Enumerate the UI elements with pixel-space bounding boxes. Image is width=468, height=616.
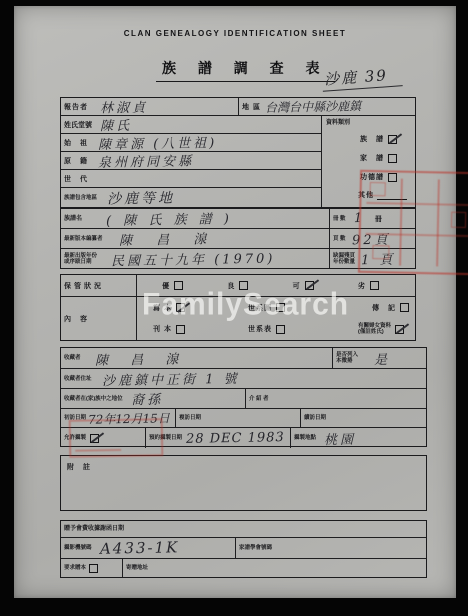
- genealogy-title-value: ( 陳 氏 族 譜 ): [106, 208, 233, 229]
- content-option-women-data-label: 有關婦女資料 (僅註姓氏): [358, 323, 391, 335]
- missing-pages-cell: 缺漏殘頁 年份數量 1 頁: [330, 249, 415, 268]
- introducer-cell: 介 紹 者: [246, 389, 426, 408]
- publication-year-label-line2: 或序跋日期: [64, 259, 97, 265]
- filming-place-value: 桃園: [324, 428, 356, 448]
- content-option-pedigree-table-checkbox: [276, 325, 285, 334]
- reporter-label: 報告者: [64, 102, 88, 112]
- condition-label-cell: 保管狀況: [61, 275, 137, 296]
- condition-row: 保管狀況 優 良 可 劣: [61, 275, 415, 297]
- listed-cell: 是否列入 本微捲 是: [333, 348, 426, 368]
- content-option-pedigree-chart: 世系圖: [248, 303, 358, 313]
- introducer-label: 介 紹 者: [249, 396, 269, 402]
- collector-name-cell: 收藏者 陳 昌 湶: [61, 348, 333, 368]
- reporter-value: 林淑貞: [100, 97, 148, 117]
- receipt-label: 贈予會費收據謝函日期: [64, 526, 124, 532]
- collector-position-row: 收藏者在(家)族中之地位 裔孫 介 紹 者: [61, 389, 426, 409]
- coverage-value: 沙鹿等地: [107, 187, 175, 208]
- generations-row: 世 代: [61, 170, 321, 188]
- origin-row: 原 籍 泉州府同安縣: [61, 152, 321, 170]
- notes-label: 附 註: [67, 462, 91, 472]
- followup-visit-label: 續訪日期: [304, 415, 326, 421]
- filming-place-cell: 攝製地點 桃園: [291, 428, 426, 448]
- volumes-label: 冊 數: [333, 216, 346, 222]
- collector-address-cell: 收藏者住址 沙鹿鎮中正街 1 號: [61, 369, 426, 388]
- visit-dates-row: 初訪日期 72年12月15日 複訪日期 續訪日期: [61, 409, 426, 428]
- receipt-cell: 贈予會費收據謝函日期: [61, 521, 426, 537]
- content-option-manuscript: 寫 本: [153, 303, 248, 313]
- copy-request-label: 要求贈本: [64, 565, 86, 571]
- surname-row: 姓氏堂號 陳氏: [61, 116, 321, 134]
- publication-year-label: 最新出版年份 或序跋日期: [64, 253, 97, 265]
- volumes-unit: 冊: [375, 214, 383, 224]
- volumes-cell: 冊 數 1 冊: [330, 209, 415, 228]
- copy-request-checkbox: [89, 564, 98, 573]
- condition-option-fair-label: 可: [293, 281, 301, 291]
- reporter-row: 報告者 林淑貞 地 區 台灣台中縣沙鹿鎮: [61, 98, 415, 116]
- first-visit-label: 初訪日期: [64, 415, 86, 421]
- content-option-biography-label: 傳 記: [372, 303, 396, 313]
- area-value: 台灣台中縣沙鹿鎮: [265, 97, 361, 116]
- condition-options-cell: 優 良 可 劣: [137, 275, 415, 296]
- area-label: 地 區: [242, 102, 261, 112]
- camera-label: 攝影機號碼: [64, 545, 92, 551]
- collector-label: 收藏者: [64, 355, 81, 361]
- content-option-women-data-label-line2: (僅註姓氏): [358, 329, 391, 335]
- volume-info-table: 族譜名 ( 陳 氏 族 譜 ) 冊 數 1 冊 最新版本編纂者 陳 昌 湶 頁 …: [60, 208, 416, 269]
- origin-value: 泉州府同安縣: [98, 150, 194, 171]
- area-cell: 地 區 台灣台中縣沙鹿鎮: [239, 98, 415, 115]
- camera-value: A433-1K: [99, 538, 179, 557]
- contents-options-grid: 寫 本 世系圖 傳 記 刊 本: [137, 297, 415, 340]
- send-address-label: 寄贈地址: [126, 565, 148, 571]
- collector-address-row: 收藏者住址 沙鹿鎮中正街 1 號: [61, 369, 426, 389]
- content-option-pedigree-table: 世系表: [248, 324, 358, 334]
- content-option-pedigree-chart-label: 世系圖: [248, 303, 272, 313]
- condition-option-excellent-label: 優: [162, 281, 170, 291]
- reporter-cell: 報告者 林淑貞: [61, 98, 239, 115]
- content-option-women-data: 有關婦女資料 (僅註姓氏): [358, 323, 415, 335]
- condition-option-excellent-checkbox: [174, 281, 183, 290]
- contents-row: 內 容 寫 本 世系圖 傳 記 刊: [61, 297, 415, 340]
- compiler-cell: 最新版本編纂者 陳 昌 湶: [61, 229, 330, 248]
- society-number-cell: 家譜學會號碼: [236, 538, 426, 558]
- coverage-cell: 族譜包含地區 沙鹿等地: [61, 188, 178, 207]
- first-visit-value: 72年12月15日: [88, 409, 170, 427]
- camera-cell: 攝影機號碼 A433-1K: [61, 538, 236, 558]
- filming-row: 允許攝製 預約攝製日期 28 DEC 1983 攝製地點 桃園: [61, 428, 426, 448]
- category-option-zupu-label: 族 譜: [360, 134, 384, 144]
- generations-label: 世 代: [64, 174, 88, 184]
- followup-visit-cell: 續訪日期: [301, 409, 426, 427]
- condition-option-poor-label: 劣: [358, 281, 366, 291]
- condition-label: 保管狀況: [64, 281, 104, 291]
- condition-option-good: 良: [227, 281, 248, 291]
- condition-option-poor-checkbox: [370, 281, 379, 290]
- society-number-label: 家譜學會號碼: [239, 545, 272, 551]
- compiler-row: 最新版本編纂者 陳 昌 湶 頁 數 92頁: [61, 229, 415, 249]
- content-option-pedigree-table-label: 世系表: [248, 324, 272, 334]
- listed-label-line2: 本微捲: [336, 358, 358, 364]
- condition-option-good-checkbox: [239, 281, 248, 290]
- filming-date-value: 28 DEC 1983: [186, 430, 285, 447]
- collector-position-label: 收藏者在(家)族中之地位: [64, 396, 123, 402]
- category-option-jiapu: 家 譜: [360, 153, 397, 163]
- second-visit-label: 複訪日期: [179, 415, 201, 421]
- photo-frame: CLAN GENEALOGY IDENTIFICATION SHEET 族 譜 …: [0, 0, 468, 616]
- missing-pages-label: 缺漏殘頁 年份數量: [333, 253, 355, 265]
- condition-table: 保管狀況 優 良 可 劣: [60, 274, 416, 341]
- surname-value: 陳氏: [100, 115, 132, 135]
- compiler-value: 陳 昌 湶: [118, 228, 216, 249]
- condition-option-fair: 可: [293, 281, 314, 291]
- content-option-biography: 傳 記: [358, 303, 415, 313]
- first-visit-cell: 初訪日期 72年12月15日: [61, 409, 176, 427]
- category-option-zupu: 族 譜: [360, 134, 397, 144]
- condition-option-fair-checkbox: [305, 281, 314, 290]
- missing-pages-label-line2: 年份數量: [333, 259, 355, 265]
- genealogy-title-cell: 族譜名 ( 陳 氏 族 譜 ): [61, 209, 330, 228]
- admin-table: 贈予會費收據謝函日期 攝影機號碼 A433-1K 家譜學會號碼 要求贈本: [60, 520, 427, 578]
- handwritten-corner-reference: 沙鹿 39: [321, 63, 402, 92]
- content-option-biography-checkbox: [400, 303, 409, 312]
- content-option-printed-checkbox: [176, 325, 185, 334]
- category-option-jiapu-label: 家 譜: [360, 153, 384, 163]
- copy-request-row: 要求贈本 寄贈地址: [61, 559, 426, 577]
- publication-year-row: 最新出版年份 或序跋日期 民國五十九年 (1970) 缺漏殘頁 年份數量 1 頁: [61, 249, 415, 268]
- genealogy-title-row: 族譜名 ( 陳 氏 族 譜 ) 冊 數 1 冊: [61, 209, 415, 229]
- content-option-printed: 刊 本: [153, 324, 248, 334]
- coverage-row: 族譜包含地區 沙鹿等地: [61, 188, 321, 207]
- content-option-printed-label: 刊 本: [153, 324, 172, 334]
- collector-value: 陳 昌 湶: [94, 348, 187, 369]
- collector-position-value: 裔孫: [131, 389, 163, 409]
- pages-cell: 頁 數 92頁: [330, 229, 415, 248]
- generations-cell: 世 代: [61, 170, 91, 187]
- category-option-gongdepu-label: 功德譜: [360, 172, 384, 182]
- basic-info-table: 報告者 林淑貞 地 區 台灣台中縣沙鹿鎮 姓氏堂號 陳氏: [60, 97, 416, 208]
- content-option-manuscript-label: 寫 本: [153, 303, 172, 313]
- send-address-cell: 寄贈地址: [123, 559, 426, 577]
- filming-permission-cell: 允許攝製: [61, 428, 146, 448]
- collector-address-value: 沙鹿鎮中正街 1 號: [101, 368, 239, 389]
- collector-address-label: 收藏者住址: [64, 376, 92, 382]
- contents-label: 內 容: [64, 314, 88, 324]
- filming-date-label: 預約攝製日期: [149, 435, 182, 441]
- condition-option-poor: 劣: [358, 281, 379, 291]
- category-header: 資料類別: [326, 120, 350, 126]
- category-option-other: 其他: [358, 190, 407, 200]
- document-paper: CLAN GENEALOGY IDENTIFICATION SHEET 族 譜 …: [14, 6, 456, 598]
- content-option-pedigree-chart-checkbox: [276, 303, 285, 312]
- category-other-blank-line: [377, 191, 407, 200]
- second-visit-cell: 複訪日期: [176, 409, 301, 427]
- copy-request-cell: 要求贈本: [61, 559, 123, 577]
- compiler-label: 最新版本編纂者: [64, 236, 103, 242]
- origin-label: 原 籍: [64, 156, 88, 166]
- filming-place-label: 攝製地點: [294, 435, 316, 441]
- contents-label-cell: 內 容: [61, 297, 137, 340]
- founder-label: 始 祖: [64, 138, 88, 148]
- sheet-title-chinese: 族 譜 調 查 表: [156, 58, 335, 82]
- collector-row: 收藏者 陳 昌 湶 是否列入 本微捲 是: [61, 348, 426, 369]
- content-option-women-data-checkbox: [395, 325, 404, 334]
- category-option-gongdepu: 功德譜: [360, 172, 397, 182]
- pages-label: 頁 數: [333, 236, 346, 242]
- pages-value: 92頁: [351, 229, 390, 249]
- category-panel: 資料類別 族 譜 家 譜 功德譜 其他: [322, 116, 415, 207]
- founder-cell: 始 祖 陳章源 (八世祖): [61, 134, 220, 151]
- coverage-label: 族譜包含地區: [64, 195, 97, 201]
- camera-row: 攝影機號碼 A433-1K 家譜學會號碼: [61, 538, 426, 559]
- surname-label: 姓氏堂號: [64, 120, 92, 130]
- listed-value: 是: [374, 348, 390, 367]
- receipt-row: 贈予會費收據謝函日期: [61, 521, 426, 538]
- volumes-value: 1: [353, 211, 365, 226]
- collector-table: 收藏者 陳 昌 湶 是否列入 本微捲 是 收藏者住址 沙鹿鎮中正街 1 號: [60, 347, 427, 447]
- category-option-gongdepu-checkbox: [388, 173, 397, 182]
- listed-label: 是否列入 本微捲: [336, 352, 358, 364]
- origin-cell: 原 籍 泉州府同安縣: [61, 152, 197, 169]
- collector-position-cell: 收藏者在(家)族中之地位 裔孫: [61, 389, 246, 408]
- sheet-title-english: CLAN GENEALOGY IDENTIFICATION SHEET: [14, 29, 456, 38]
- publication-year-value: 民國五十九年 (1970): [111, 248, 276, 270]
- category-option-jiapu-checkbox: [388, 154, 397, 163]
- category-option-other-label: 其他: [358, 190, 374, 200]
- filming-date-cell: 預約攝製日期 28 DEC 1983: [146, 428, 291, 448]
- content-option-manuscript-checkbox: [176, 303, 185, 312]
- notes-box: 附 註: [60, 455, 427, 511]
- filming-permission-checkbox: [90, 434, 99, 443]
- publication-year-cell: 最新出版年份 或序跋日期 民國五十九年 (1970): [61, 249, 330, 268]
- condition-option-excellent: 優: [162, 281, 183, 291]
- filming-permission-label: 允許攝製: [64, 435, 86, 441]
- category-option-zupu-checkbox: [388, 135, 397, 144]
- genealogy-title-label: 族譜名: [64, 216, 82, 222]
- condition-option-good-label: 良: [227, 281, 235, 291]
- missing-pages-value: 1 頁: [361, 249, 396, 269]
- surname-cell: 姓氏堂號 陳氏: [61, 116, 135, 133]
